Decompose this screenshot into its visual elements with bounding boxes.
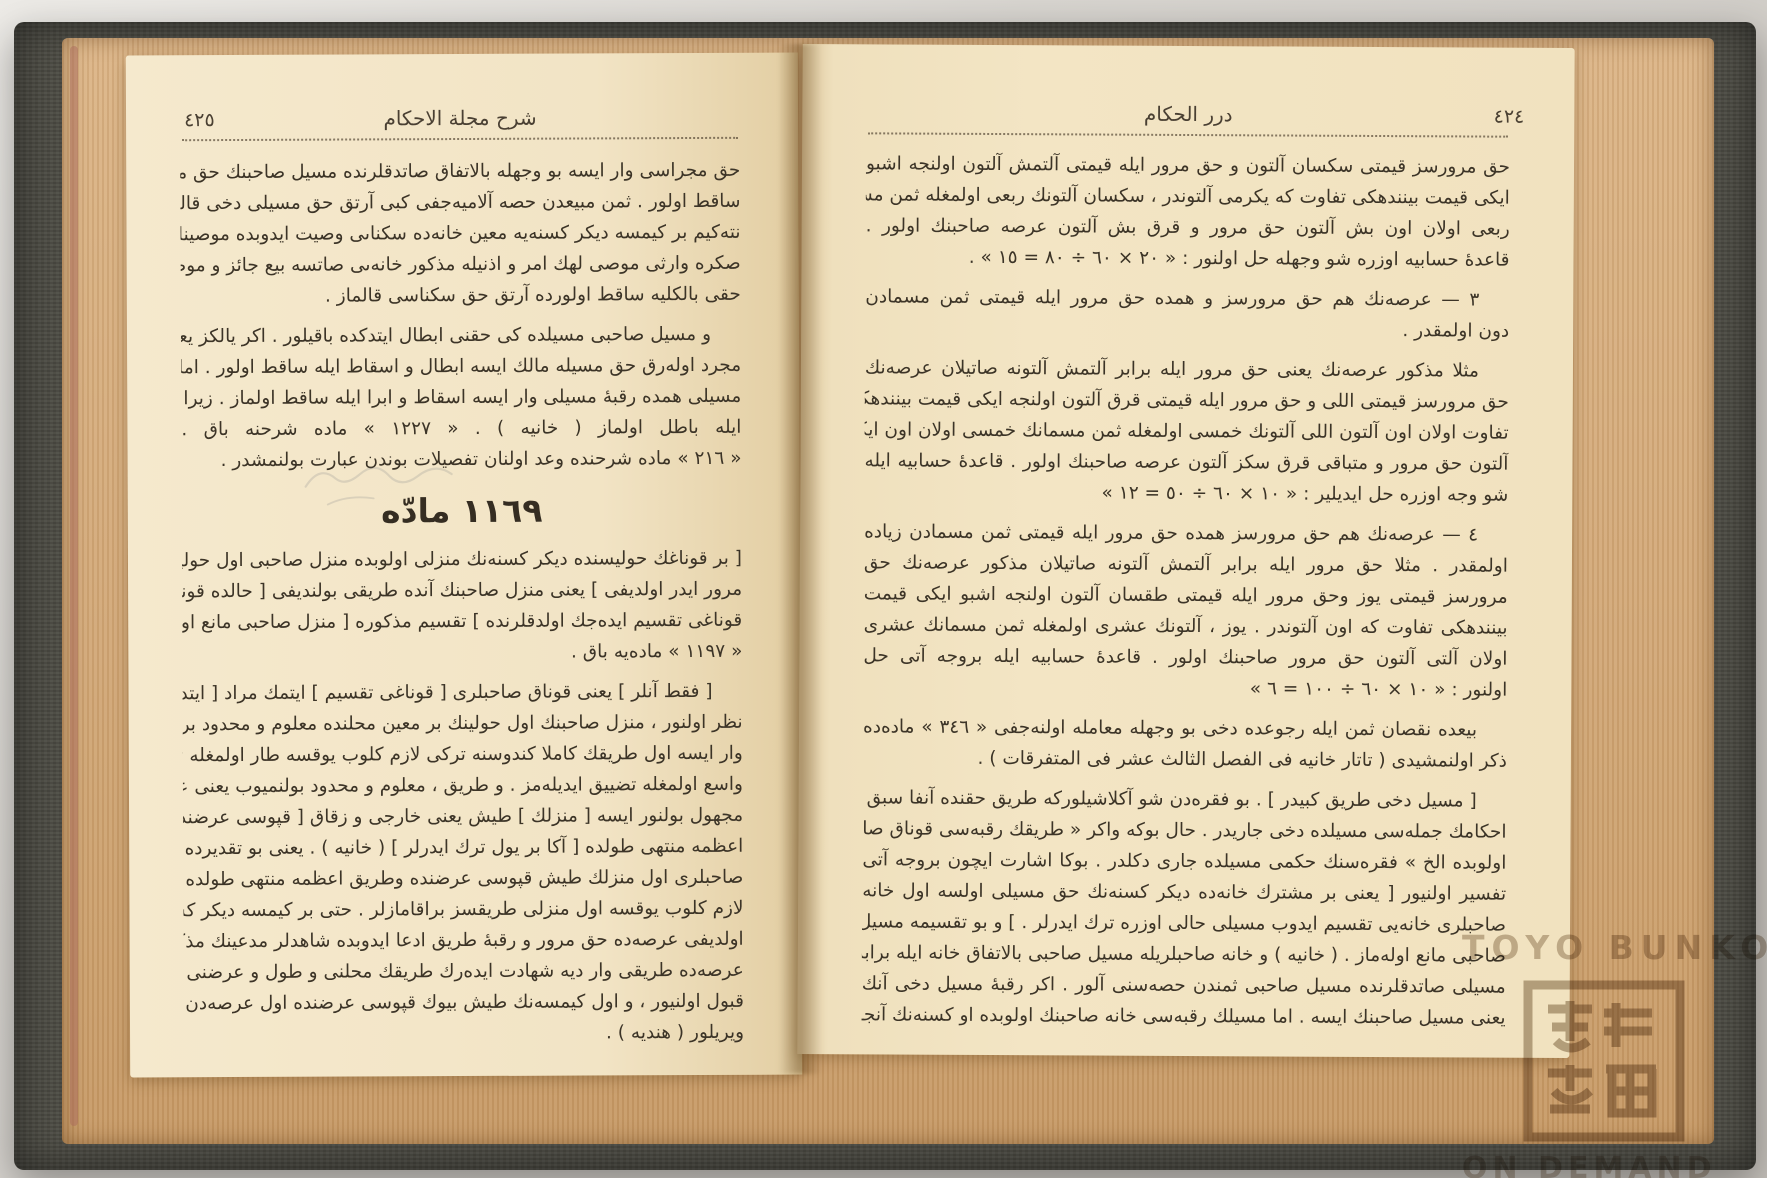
- text-line: يعنى مسيل صاحبنك ايسه . اما مسيلك رقبه‌س…: [861, 999, 1505, 1033]
- paragraph: [ فقط آنلر ] يعنى قوناق صاحبلرى [ قوناغى…: [182, 676, 744, 1050]
- right-page: ٤٢٤ درر الحكام حق مرورسز قيمتى سكسان آلت…: [797, 44, 1574, 1058]
- text-line: [ مسيل دخى طريق كبيدر ] . بو فقره‌دن شو …: [863, 782, 1507, 816]
- left-page: ٤٢٥ شرح مجلة الاحكام حق مجراسى وار ايسه …: [126, 53, 802, 1078]
- text-line: واسع اولمغله تضييق ايديله‌مز . و طريق ، …: [183, 769, 743, 802]
- paragraph: و مسيل صاحبى مسيلده كى حقنى ابطال ايتدكد…: [181, 319, 742, 476]
- left-running-title: شرح مجلة الاحكام: [182, 105, 738, 131]
- text-line: اولمقدر . مثلا حق مرور ايله برابر آلتمش …: [864, 547, 1508, 581]
- text-line: نته‌كيم بر كيمسه ديكر كسنه‌يه معين خانه‌…: [180, 217, 740, 250]
- text-line: لازم كلوب يوقسه اول منزلى طريقسز براقاما…: [183, 893, 743, 926]
- text-line: ذكر اولنمشيدى ( تاتار خانيه فى الفصل الث…: [863, 742, 1507, 776]
- right-running-title: درر الحكام: [868, 100, 1508, 127]
- text-line: حق مرورسز قيمتى اللى و حق مرور ايله قيمت…: [865, 383, 1509, 417]
- text-line: تفسير اولنيور [ يعنى بر مشترك خانه‌ده دي…: [862, 875, 1506, 909]
- inner-edge-tint: [70, 46, 78, 1126]
- text-line: تفاوت اولان اون آلتون اللى آلتونك خمسى ا…: [865, 414, 1509, 448]
- text-line: ايله باطل اولماز ( خانيه ) . « ١٢٢٧ » ما…: [181, 412, 741, 445]
- header-rule: [182, 137, 738, 141]
- text-line: قوناغى تقسيم ايده‌جك اولدقلرنده ] تقسيم …: [182, 605, 742, 638]
- text-line: نظر اولنور ، منزل صاحبنك اول حولينك بر م…: [183, 707, 743, 740]
- text-line: و مسيل صاحبى مسيلده كى حقنى ابطال ايتدكد…: [181, 319, 741, 352]
- text-line: احكامك جمله‌سى مسيلده دخى جاريدر . حال ب…: [862, 813, 1506, 847]
- text-line: دون اولمقدر .: [865, 312, 1509, 346]
- text-line: [ فقط آنلر ] يعنى قوناق صاحبلرى [ قوناغى…: [182, 676, 742, 709]
- book-gutter-shadow: [778, 44, 822, 1074]
- text-line: عرصه‌ده طريقى وار ديه شهادت ايده‌رك طريق…: [184, 955, 744, 988]
- header-rule: [868, 132, 1508, 137]
- text-line: حق مرورسز قيمتى سكسان آلتون و حق مرور اي…: [866, 148, 1510, 182]
- text-line: اعظمه منتهى طولده [ آكا بر يول ترك ايدرل…: [183, 831, 743, 864]
- text-line: صاحبى مانع اوله‌ماز . ( خانيه ) و خانه ص…: [862, 937, 1506, 971]
- text-line: وار ايسه اول طريقك كاملا كندوسنه تركى لا…: [183, 738, 743, 771]
- text-line: ٤ — عرصه‌نك هم حق مرورسز همده حق مرور اي…: [864, 516, 1508, 550]
- text-line: « ١١٩٧ » ماده‌يه باق .: [182, 636, 742, 669]
- text-line: شو وجه اوزره حل ايديلير : « ١٠ × ٦٠ ÷ ٥٠…: [864, 476, 1508, 510]
- paragraph: حق مجراسى وار ايسه بو وجهله بالاتفاق صات…: [180, 155, 741, 312]
- text-line: ويريلور ( هنديه ) .: [184, 1017, 744, 1050]
- text-line: صكره وارثى موصى لهك امر و اذنيله مذكور خ…: [181, 248, 741, 281]
- paragraph: ٤ — عرصه‌نك هم حق مرورسز همده حق مرور اي…: [863, 516, 1508, 705]
- text-line: « ٢١٦ » ماده شرحنده وعد اولنان تفصيلات ب…: [181, 443, 741, 476]
- text-line: ربعى اولان اون بش آلتون حق مرور و قرق بش…: [866, 210, 1510, 244]
- text-line: مسيلى صاتدقلرنده مسيل صاحبى ثمندن حصه‌سن…: [862, 968, 1506, 1002]
- text-line: صاحبلرى خانه‌يى تقسيم ايدوب مسيلى حالى ا…: [862, 906, 1506, 940]
- text-line: بينندهكى تفاوت كه اون آلتوندر . يوز ، آل…: [864, 609, 1508, 643]
- text-line: مسيلى همده رقبهٔ مسيلى وار ايسه اسقاط و …: [181, 381, 741, 414]
- paragraph: مثلا مذكور عرصه‌نك يعنى حق مرور ايله برا…: [864, 352, 1509, 510]
- right-text-column: حق مرورسز قيمتى سكسان آلتون و حق مرور اي…: [861, 148, 1510, 1042]
- text-line: اولنور : « ١٠ × ٦٠ ÷ ١٠٠ = ٦ »: [863, 671, 1507, 705]
- left-text-column: حق مجراسى وار ايسه بو وجهله بالاتفاق صات…: [180, 155, 744, 1059]
- left-page-header: ٤٢٥ شرح مجلة الاحكام: [182, 105, 738, 107]
- photo-background: ٤٢٥ شرح مجلة الاحكام حق مجراسى وار ايسه …: [0, 0, 1767, 1178]
- text-line: حقى بالكليه ساقط اولورده آرتق حق سكناسى …: [181, 279, 741, 312]
- text-line: صاحبلرى اول منزلك طيش قپوسى عرضنده وطريق…: [183, 862, 743, 895]
- text-line: حق مجراسى وار ايسه بو وجهله بالاتفاق صات…: [180, 155, 740, 188]
- text-line: آلتون حق مرور و متباقى قرق سكز آلتون عرص…: [864, 445, 1508, 479]
- text-line: مجرد اوله‌رق حق مسيله مالك ايسه ابطال و …: [181, 350, 741, 383]
- text-line: اولوبده الخ » فقره‌سنك حكمى مسيلده جارى …: [862, 844, 1506, 878]
- text-line: مجهول بولنور ايسه [ منزلك ] طيش يعنى خار…: [183, 800, 743, 833]
- paragraph: [ مسيل دخى طريق كبيدر ] . بو فقره‌دن شو …: [861, 782, 1506, 1033]
- paragraph: بيعده نقصان ثمن ايله رجوعده دخى بو وجهله…: [863, 711, 1507, 776]
- text-line: ساقط اولور . ثمن مبيعدن حصه آلاميه‌جفى ك…: [180, 186, 740, 219]
- text-line: اولان آلتى آلتون حق مرور صاحبنك اولور . …: [863, 640, 1507, 674]
- text-line: اولديفى عرصه‌ده حق مرور و رقبهٔ طريق ادع…: [184, 924, 744, 957]
- right-page-header: ٤٢٤ درر الحكام: [868, 100, 1508, 103]
- paragraph: حق مرورسز قيمتى سكسان آلتون و حق مرور اي…: [865, 148, 1510, 275]
- paragraph: [ بر قوناغك حوليسنده ديكر كسنه‌نك منزلى …: [182, 543, 743, 669]
- text-line: قاعدهٔ حسابيه اوزره شو وجهله حل اولنور :…: [865, 241, 1509, 275]
- text-line: مرور ايدر اولديفى ] يعنى منزل صاحبنك آند…: [182, 574, 742, 607]
- text-line: [ بر قوناغك حوليسنده ديكر كسنه‌نك منزلى …: [182, 543, 742, 576]
- text-line: ٣ — عرصه‌نك هم حق مرورسز و همده حق مرور …: [865, 281, 1509, 315]
- text-line: قبول اولنيور ، و اول كيمسه‌نك طيش بيوك ق…: [184, 986, 744, 1019]
- article-heading: ١١٦٩ مادّه: [182, 490, 742, 531]
- text-line: ايكى قيمت بينندهكى تفاوت كه يكرمى آلتوند…: [866, 179, 1510, 213]
- text-line: بيعده نقصان ثمن ايله رجوعده دخى بو وجهله…: [863, 711, 1507, 745]
- paragraph: ٣ — عرصه‌نك هم حق مرورسز و همده حق مرور …: [865, 281, 1509, 346]
- text-line: مرورسز قيمتى يوز وحق مرور ايله قيمتى طقس…: [864, 578, 1508, 612]
- text-line: مثلا مذكور عرصه‌نك يعنى حق مرور ايله برا…: [865, 352, 1509, 386]
